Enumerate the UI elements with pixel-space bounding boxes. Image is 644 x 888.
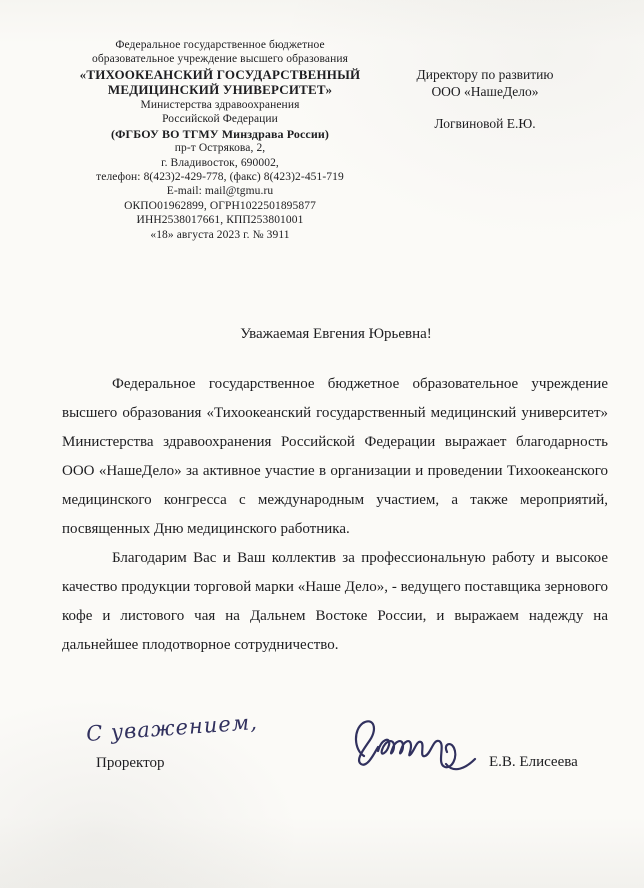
sender-block: Федеральное государственное бюджетное об… <box>40 38 400 242</box>
letter-page: Федеральное государственное бюджетное об… <box>0 0 644 888</box>
sender-registry-line: ИНН2538017661, КПП253801001 <box>40 213 400 227</box>
closing-handwritten: С уважением, <box>85 710 258 746</box>
sender-phone-line: телефон: 8(423)2-429-778, (факс) 8(423)2… <box>40 170 400 184</box>
addressee-block: Директору по развитию ООО «НашеДело» Лог… <box>385 66 585 132</box>
body-paragraph: Федеральное государственное бюджетное об… <box>62 370 608 544</box>
handwritten-signature-icon <box>348 714 478 784</box>
sender-line: Федеральное государственное бюджетное <box>40 38 400 52</box>
sender-address-line: г. Владивосток, 690002, <box>40 156 400 170</box>
letter-date-number: «18» августа 2023 г. № 3911 <box>40 228 400 242</box>
signer-title: Проректор <box>96 755 164 772</box>
sender-org-name: «ТИХООКЕАНСКИЙ ГОСУДАРСТВЕННЫЙ <box>40 67 400 83</box>
signer-name: Е.В. Елисеева <box>489 754 578 771</box>
sender-registry-line: ОКПО01962899, ОГРН1022501895877 <box>40 199 400 213</box>
sender-short-name: (ФГБОУ ВО ТГМУ Минздрава России) <box>40 127 400 141</box>
salutation: Уважаемая Евгения Юрьевна! <box>62 326 610 343</box>
sender-email-line: E-mail: mail@tgmu.ru <box>40 184 400 198</box>
sender-line: Министерства здравоохранения <box>40 98 400 112</box>
sender-org-name: МЕДИЦИНСКИЙ УНИВЕРСИТЕТ» <box>40 82 400 98</box>
sender-address-line: пр-т Острякова, 2, <box>40 141 400 155</box>
addressee-position: Директору по развитию <box>385 66 585 83</box>
letter-body: Федеральное государственное бюджетное об… <box>62 370 608 660</box>
sender-line: Российской Федерации <box>40 112 400 126</box>
addressee-company: ООО «НашеДело» <box>385 83 585 100</box>
body-paragraph: Благодарим Вас и Ваш коллектив за профес… <box>62 544 608 660</box>
addressee-name: Логвиновой Е.Ю. <box>385 115 585 132</box>
sender-line: образовательное учреждение высшего образ… <box>40 52 400 66</box>
